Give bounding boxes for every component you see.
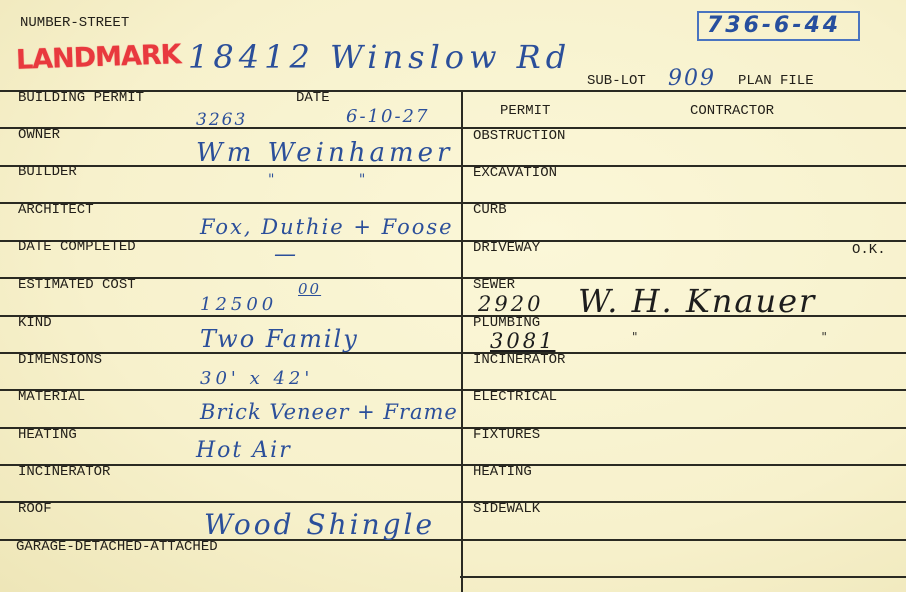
label-dimensions: DIMENSIONS xyxy=(18,352,102,368)
value-builder: " " xyxy=(268,172,405,188)
sub-lot-label: SUB-LOT xyxy=(587,73,646,89)
label-heating: HEATING xyxy=(18,427,77,443)
rule xyxy=(0,464,906,466)
label-incinerator-permit: INCINERATOR xyxy=(473,352,565,368)
value-kind: Two Family xyxy=(200,325,359,353)
value-date-completed: — xyxy=(274,242,298,267)
label-curb: CURB xyxy=(473,202,507,218)
label-obstruction: OBSTRUCTION xyxy=(473,128,565,144)
value-date: 6-10-27 xyxy=(346,106,429,127)
value-dimensions: 30' x 42' xyxy=(200,368,313,389)
label-date-completed: DATE COMPLETED xyxy=(18,239,136,255)
rule xyxy=(0,427,906,429)
column-divider xyxy=(461,90,463,592)
label-building-permit: BUILDING PERMIT xyxy=(18,90,144,106)
rule xyxy=(460,576,906,578)
label-estimated-cost: ESTIMATED COST xyxy=(18,277,136,293)
label-electrical: ELECTRICAL xyxy=(473,389,557,405)
label-builder: BUILDER xyxy=(18,164,77,180)
value-estimated-cost-cents: 00 xyxy=(298,280,321,298)
sewer-permit-number: 2920 xyxy=(478,292,543,316)
value-owner: Wm Weinhamer xyxy=(196,138,453,168)
rule xyxy=(0,352,906,354)
value-roof: Wood Shingle xyxy=(204,508,435,541)
plumbing-permit-number: 3081 xyxy=(490,329,555,353)
value-building-permit: 3263 xyxy=(196,110,247,130)
sub-lot-value: 909 xyxy=(668,66,716,91)
label-sewer: SEWER xyxy=(473,277,515,293)
sewer-contractor: W. H. Knauer xyxy=(578,282,816,320)
rule xyxy=(0,240,906,242)
address-value: 18412 Winslow Rd xyxy=(188,38,571,76)
rule xyxy=(0,202,906,204)
plumbing-contractor: " " xyxy=(632,330,906,344)
value-material: Brick Veneer + Frame xyxy=(200,400,458,424)
landmark-stamp: LANDMARK xyxy=(16,39,182,76)
rule xyxy=(0,277,906,279)
label-sidewalk: SIDEWALK xyxy=(473,501,540,517)
label-date: DATE xyxy=(296,90,330,106)
label-garage: GARAGE-DETACHED-ATTACHED xyxy=(16,539,218,555)
number-street-label: NUMBER-STREET xyxy=(20,15,129,31)
label-driveway: DRIVEWAY xyxy=(473,240,540,256)
label-excavation: EXCAVATION xyxy=(473,165,557,181)
label-fixtures: FIXTURES xyxy=(473,427,540,443)
rule xyxy=(0,501,906,503)
label-material: MATERIAL xyxy=(18,389,85,405)
label-owner: OWNER xyxy=(18,127,60,143)
value-architect: Fox, Duthie + Foose xyxy=(200,215,454,239)
permit-column-header: PERMIT xyxy=(500,103,550,119)
label-incinerator: INCINERATOR xyxy=(18,464,110,480)
plan-file-label: PLAN FILE xyxy=(738,73,814,89)
permit-card: NUMBER-STREET LANDMARK 18412 Winslow Rd … xyxy=(0,0,906,592)
label-heating-permit: HEATING xyxy=(473,464,532,480)
rule xyxy=(0,389,906,391)
label-kind: KIND xyxy=(18,315,52,331)
file-number-box: 736-6-44 xyxy=(697,11,860,41)
driveway-note: O.K. xyxy=(852,242,886,258)
label-architect: ARCHITECT xyxy=(18,202,94,218)
label-roof: ROOF xyxy=(18,501,52,517)
value-estimated-cost: 12500 xyxy=(200,294,277,315)
value-heating: Hot Air xyxy=(196,438,292,463)
contractor-column-header: CONTRACTOR xyxy=(690,103,774,119)
rule xyxy=(0,127,906,129)
